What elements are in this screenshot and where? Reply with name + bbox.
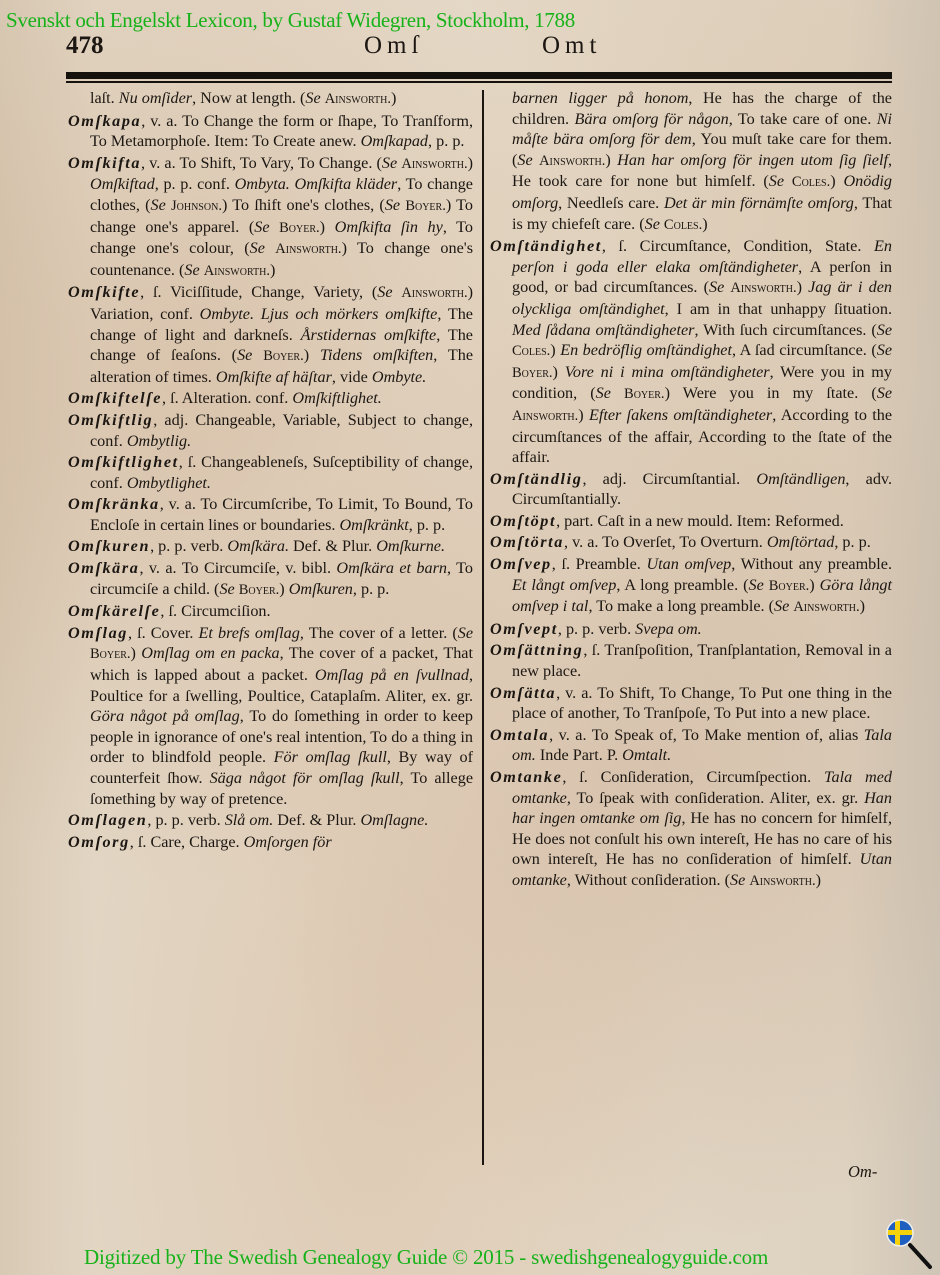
definition-text: , To ſpeak with conſideration. Aliter, e… bbox=[567, 789, 864, 807]
swedish-phrase: Slå om. bbox=[225, 811, 274, 829]
definition-text: ) bbox=[553, 363, 565, 381]
digitization-title-watermark: Svenskt och Engelskt Lexicon, by Gustaf … bbox=[6, 8, 575, 33]
reference-source: Coles. bbox=[664, 217, 702, 233]
dictionary-entry: Omſtöpt, part. Caſt in a new mould. Item… bbox=[490, 511, 892, 532]
definition-text: ) bbox=[550, 341, 560, 359]
definition-text: , v. a. To Shift, To Vary, To Change. ( bbox=[141, 154, 382, 172]
definition-text: , Now at length. ( bbox=[192, 89, 305, 107]
dictionary-entry: Omſvept, p. p. verb. Svepa om. bbox=[490, 619, 892, 640]
reference-source: Boyer. bbox=[405, 198, 446, 214]
reference-source: Ainsworth. bbox=[325, 91, 391, 107]
swedish-phrase: Se bbox=[385, 196, 400, 214]
definition-text: , ſ. Alteration. conf. bbox=[162, 389, 292, 407]
headword: Omſtändighet bbox=[490, 237, 602, 255]
dictionary-entry: Omſtörta, v. a. To Overſet, To Overturn.… bbox=[490, 532, 892, 553]
swedish-phrase: Omſlag om en packa bbox=[141, 644, 279, 662]
swedish-phrase: Ombyta. Omſkifta kläder bbox=[235, 175, 398, 193]
definition-text: , p. p. verb. bbox=[150, 537, 227, 555]
swedish-phrase: Omſkiftad bbox=[90, 175, 155, 193]
reference-source: Boyer. bbox=[512, 365, 553, 381]
swedish-phrase: Ombyte. bbox=[372, 368, 426, 386]
definition-text: ) bbox=[578, 406, 589, 424]
swedish-phrase: Årstidernas omſkifte bbox=[301, 326, 437, 344]
dictionary-entry: Omſätta, v. a. To Shift, To Change, To P… bbox=[490, 683, 892, 724]
swedish-phrase: Vore ni i mina omſtändigheter bbox=[565, 363, 770, 381]
definition-text: laſt. bbox=[90, 89, 119, 107]
definition-text bbox=[265, 239, 275, 257]
reference-source: Ainsworth. bbox=[204, 263, 270, 279]
swedish-phrase: Efter ſakens omſtändigheter bbox=[589, 406, 772, 424]
swedish-phrase: Se bbox=[769, 172, 784, 190]
dictionary-entry: Omſvep, ſ. Preamble. Utan omſvep, Withou… bbox=[490, 554, 892, 618]
swedish-phrase: En bedröflig omſtändighet bbox=[560, 341, 732, 359]
definition-text: ) bbox=[270, 261, 275, 279]
swedish-phrase: Et brefs omſlag bbox=[199, 624, 300, 642]
dictionary-entry: Omſkränka, v. a. To Circumſcribe, To Lim… bbox=[68, 494, 473, 535]
dictionary-entry: Omſkiftlighet, ſ. Changeableneſs, Suſcep… bbox=[68, 452, 473, 493]
swedish-phrase: Se bbox=[749, 576, 764, 594]
definition-text: , p. p. conf. bbox=[155, 175, 235, 193]
dictionary-entry: Omſtändighet, ſ. Circumſtance, Condition… bbox=[490, 236, 892, 468]
headword: Omſkärelſe bbox=[68, 602, 160, 620]
header-double-rule bbox=[66, 72, 892, 83]
definition-text: , To take care of one. bbox=[729, 110, 877, 128]
swedish-phrase: Omſtörtad bbox=[767, 533, 834, 551]
swedish-phrase: Det är min förnämſte omſorg bbox=[664, 194, 854, 212]
definition-text: , ſ. Preamble. bbox=[552, 555, 647, 573]
reference-source: Ainsworth. bbox=[749, 873, 815, 889]
swedish-phrase: Se bbox=[709, 278, 724, 296]
swedish-phrase: Omſkuren bbox=[289, 580, 353, 598]
reference-source: Ainsworth. bbox=[401, 285, 467, 301]
definition-text bbox=[784, 172, 792, 190]
swedish-phrase: Se bbox=[517, 151, 532, 169]
dictionary-entry: Omſkapa, v. a. To Change the form or ſha… bbox=[68, 111, 473, 152]
definition-text bbox=[393, 283, 402, 301]
definition-text: , p. p. bbox=[428, 132, 464, 150]
definition-text: , v. a. To Speak of, To Make mention of,… bbox=[549, 726, 864, 744]
swedish-phrase: Han har omſorg för ingen utom ſig ſielf bbox=[617, 151, 888, 169]
dictionary-entry: Omſorg, ſ. Care, Charge. Omſorgen för bbox=[68, 832, 473, 853]
swedish-phrase: Omſkränkt bbox=[339, 516, 408, 534]
swedish-phrase: Se bbox=[382, 154, 397, 172]
definition-text: ) bbox=[131, 644, 142, 662]
swedish-phrase: Se bbox=[596, 384, 611, 402]
swedish-phrase: barnen ligger på honom bbox=[512, 89, 688, 107]
left-column: laſt. Nu omſider, Now at length. (Se Ain… bbox=[68, 88, 473, 853]
reference-source: Boyer. bbox=[263, 348, 304, 364]
headword: Omtala bbox=[490, 726, 549, 744]
reference-source: Boyer. bbox=[624, 386, 665, 402]
dictionary-entry: Omſkärelſe, ſ. Circumciſion. bbox=[68, 601, 473, 622]
swedish-flag-magnifier-icon bbox=[884, 1217, 934, 1271]
definition-text: ) bbox=[860, 597, 865, 615]
reference-source: Ainsworth. bbox=[539, 153, 605, 169]
definition-text: , ſ. Cover. bbox=[128, 624, 199, 642]
swedish-phrase: Ombytlighet. bbox=[127, 474, 211, 492]
reference-source: Boyer. bbox=[239, 582, 280, 598]
headword: Omſkifte bbox=[68, 283, 140, 301]
swedish-phrase: Ombyte. Ljus och mörkers omſkifte bbox=[200, 305, 438, 323]
swedish-phrase: Göra något på omſlag bbox=[90, 707, 240, 725]
headword: Omſkifta bbox=[68, 154, 141, 172]
swedish-phrase: Omſkifta ſin hy bbox=[335, 218, 443, 236]
definition-text: Def. & Plur. bbox=[289, 537, 376, 555]
continued-entry: barnen ligger på honom, He has the charg… bbox=[490, 88, 892, 235]
swedish-phrase: Omſkapad bbox=[361, 132, 428, 150]
definition-text: , p. p. bbox=[834, 533, 870, 551]
definition-text: ) bbox=[391, 89, 396, 107]
swedish-phrase: Se bbox=[254, 218, 269, 236]
headword: Omſtändlig bbox=[490, 470, 582, 488]
definition-text: , v. a. To Shift, To Change, To Put one … bbox=[512, 684, 892, 723]
reference-source: Ainsworth. bbox=[793, 599, 859, 615]
swedish-phrase: Se bbox=[237, 346, 252, 364]
reference-source: Boyer. bbox=[90, 646, 131, 662]
swedish-phrase: Utan omſvep bbox=[646, 555, 731, 573]
swedish-phrase: Ombytlig. bbox=[127, 432, 191, 450]
continued-entry: laſt. Nu omſider, Now at length. (Se Ain… bbox=[68, 88, 473, 110]
reference-source: Ainsworth. bbox=[730, 280, 796, 296]
swedish-phrase: Se bbox=[377, 283, 392, 301]
dictionary-entry: Omſättning, ſ. Tranſpoſition, Tranſplant… bbox=[490, 640, 892, 681]
headword: Omſvept bbox=[490, 620, 558, 638]
definition-text: , adj. Circumſtantial. bbox=[582, 470, 756, 488]
reference-source: Coles. bbox=[512, 343, 550, 359]
dictionary-entry: Omſkifte, ſ. Viciſſitude, Change, Variet… bbox=[68, 282, 473, 387]
definition-text: , ſ. Care, Charge. bbox=[130, 833, 244, 851]
definition-text: , p. p. bbox=[409, 516, 445, 534]
reference-source: Coles. bbox=[792, 174, 830, 190]
definition-text: Inde Part. P. bbox=[536, 746, 622, 764]
definition-text: ) Were you in my ſtate. ( bbox=[665, 384, 877, 402]
definition-text: ) bbox=[830, 172, 843, 190]
headword: Omſkiftlig bbox=[68, 411, 153, 429]
swedish-phrase: Omſkära et barn bbox=[336, 559, 447, 577]
swedish-phrase: Se bbox=[458, 624, 473, 642]
definition-text: , p. p. verb. bbox=[147, 811, 224, 829]
headword: Omſlag bbox=[68, 624, 128, 642]
definition-text: Def. & Plur. bbox=[273, 811, 360, 829]
definition-text: , ſ. Circumſtance, Condition, State. bbox=[602, 237, 874, 255]
right-column: barnen ligger på honom, He has the charg… bbox=[490, 88, 892, 893]
definition-text: , To make a long preamble. ( bbox=[588, 597, 774, 615]
definition-text: , part. Caſt in a new mould. Item: Refor… bbox=[556, 512, 844, 530]
swedish-phrase: Omtalt. bbox=[622, 746, 671, 764]
swedish-phrase: Omſkurne. bbox=[376, 537, 445, 555]
headword: Omtanke bbox=[490, 768, 562, 786]
page-header: 478 Omſ Omt bbox=[66, 32, 896, 72]
swedish-phrase: Omſkiftlighet. bbox=[292, 389, 381, 407]
swedish-phrase: Se bbox=[877, 384, 892, 402]
headword: Omſvep bbox=[490, 555, 552, 573]
definition-text: , ſ. Conſideration, Circumſpection. bbox=[562, 768, 824, 786]
dictionary-entry: Omtala, v. a. To Speak of, To Make menti… bbox=[490, 725, 892, 766]
swedish-phrase: Se bbox=[645, 215, 660, 233]
dictionary-entry: Omtanke, ſ. Conſideration, Circumſpectio… bbox=[490, 767, 892, 892]
definition-text: , vide bbox=[332, 368, 372, 386]
swedish-phrase: Med ſådana omſtändigheter bbox=[512, 321, 694, 339]
swedish-phrase: Omſlagne. bbox=[360, 811, 428, 829]
swedish-phrase: Se bbox=[151, 196, 166, 214]
reference-source: Boyer. bbox=[769, 578, 810, 594]
definition-text: , I am in that unhappy ſituation. bbox=[665, 300, 892, 318]
definition-text: , v. a. To Circumciſe, v. bibl. bbox=[139, 559, 336, 577]
dictionary-entry: Omſtändlig, adj. Circumſtantial. Omſtänd… bbox=[490, 469, 892, 510]
reference-source: Johnson. bbox=[171, 198, 222, 214]
headword: Omſlagen bbox=[68, 811, 147, 829]
definition-text: ) bbox=[809, 576, 819, 594]
definition-text: , p. p. bbox=[353, 580, 389, 598]
headword: Omſkapa bbox=[68, 112, 141, 130]
headword: Omſtöpt bbox=[490, 512, 556, 530]
headword: Omſtörta bbox=[490, 533, 564, 551]
definition-text: , p. p. verb. bbox=[558, 620, 635, 638]
headword: Omſkära bbox=[68, 559, 139, 577]
dictionary-entry: Omſlag, ſ. Cover. Et brefs omſlag, The c… bbox=[68, 623, 473, 809]
swedish-phrase: Nu omſider bbox=[119, 89, 192, 107]
definition-text bbox=[252, 346, 263, 364]
definition-text: ) bbox=[816, 871, 821, 889]
dictionary-entry: Omſkära, v. a. To Circumciſe, v. bibl. O… bbox=[68, 558, 473, 600]
page-number: 478 bbox=[66, 32, 104, 60]
definition-text: , With ſuch circumſtances. ( bbox=[694, 321, 876, 339]
definition-text: , Without conſideration. ( bbox=[567, 871, 730, 889]
definition-text: , A long preamble. ( bbox=[616, 576, 748, 594]
swedish-phrase: Omſtändligen bbox=[756, 470, 845, 488]
swedish-phrase: Se bbox=[774, 597, 789, 615]
definition-text: ) bbox=[304, 346, 320, 364]
definition-text bbox=[270, 218, 280, 236]
definition-text: , ſ. Circumciſion. bbox=[160, 602, 270, 620]
definition-text: ) bbox=[279, 580, 288, 598]
definition-text: , Without any preamble. bbox=[731, 555, 892, 573]
digitization-credit-watermark: Digitized by The Swedish Genealogy Guide… bbox=[84, 1245, 768, 1270]
swedish-phrase: Se bbox=[877, 321, 892, 339]
swedish-phrase: Tidens omſkiften bbox=[320, 346, 433, 364]
definition-text: , Needleſs care. bbox=[558, 194, 664, 212]
definition-text: , v. a. To Overſet, To Overturn. bbox=[564, 533, 767, 551]
definition-text: , The cover of a letter. ( bbox=[300, 624, 458, 642]
dictionary-entry: Omſkifta, v. a. To Shift, To Vary, To Ch… bbox=[68, 153, 473, 282]
swedish-phrase: Se bbox=[305, 89, 320, 107]
headword: Omſkiftlighet bbox=[68, 453, 179, 471]
swedish-phrase: Omſlag på en ſvullnad bbox=[315, 666, 469, 684]
swedish-phrase: Säga något för omſlag ſkull bbox=[210, 769, 400, 787]
running-head-first-word: Omſ bbox=[364, 32, 423, 60]
definition-text: ) bbox=[468, 154, 473, 172]
dictionary-entry: Omſkuren, p. p. verb. Omſkära. Def. & Pl… bbox=[68, 536, 473, 557]
swedish-phrase: Se bbox=[730, 871, 745, 889]
running-head-last-word: Omt bbox=[542, 32, 601, 60]
headword: Omſkiftelſe bbox=[68, 389, 162, 407]
catchword: Om- bbox=[848, 1162, 877, 1182]
definition-text: ) bbox=[605, 151, 617, 169]
reference-source: Ainsworth. bbox=[275, 241, 341, 257]
swedish-phrase: Se bbox=[877, 341, 892, 359]
headword: Omſkränka bbox=[68, 495, 160, 513]
swedish-phrase: För omſlag ſkull bbox=[274, 748, 387, 766]
swedish-phrase: Omſorgen för bbox=[244, 833, 332, 851]
reference-source: Ainsworth. bbox=[512, 408, 578, 424]
headword: Omſkuren bbox=[68, 537, 150, 555]
definition-text: ) To ſhift one's clothes, ( bbox=[222, 196, 385, 214]
definition-text: ) bbox=[797, 278, 808, 296]
swedish-phrase: Et långt omſvep bbox=[512, 576, 616, 594]
swedish-phrase: Svepa om. bbox=[635, 620, 702, 638]
definition-text: ) bbox=[320, 218, 335, 236]
dictionary-entry: Omſkiftelſe, ſ. Alteration. conf. Omſkif… bbox=[68, 388, 473, 409]
definition-text bbox=[611, 384, 624, 402]
definition-text: , A ſad circumſtance. ( bbox=[732, 341, 877, 359]
headword: Omſorg bbox=[68, 833, 130, 851]
swedish-phrase: Omſkära. bbox=[227, 537, 289, 555]
headword: Omſättning bbox=[490, 641, 583, 659]
reference-source: Boyer. bbox=[279, 220, 320, 236]
dictionary-entry: Omſkiftlig, adj. Changeable, Variable, S… bbox=[68, 410, 473, 451]
swedish-phrase: Omſkifte af häſtar bbox=[216, 368, 332, 386]
dictionary-entry: Omſlagen, p. p. verb. Slå om. Def. & Plu… bbox=[68, 810, 473, 831]
definition-text: , ſ. Viciſſitude, Change, Variety, ( bbox=[140, 283, 377, 301]
swedish-phrase: Se bbox=[184, 261, 199, 279]
swedish-phrase: Se bbox=[219, 580, 234, 598]
column-divider bbox=[482, 90, 484, 1165]
reference-source: Ainsworth. bbox=[401, 156, 467, 172]
headword: Omſätta bbox=[490, 684, 556, 702]
swedish-phrase: Bära omſorg för någon bbox=[575, 110, 729, 128]
definition-text: ) bbox=[702, 215, 707, 233]
swedish-phrase: Se bbox=[250, 239, 265, 257]
